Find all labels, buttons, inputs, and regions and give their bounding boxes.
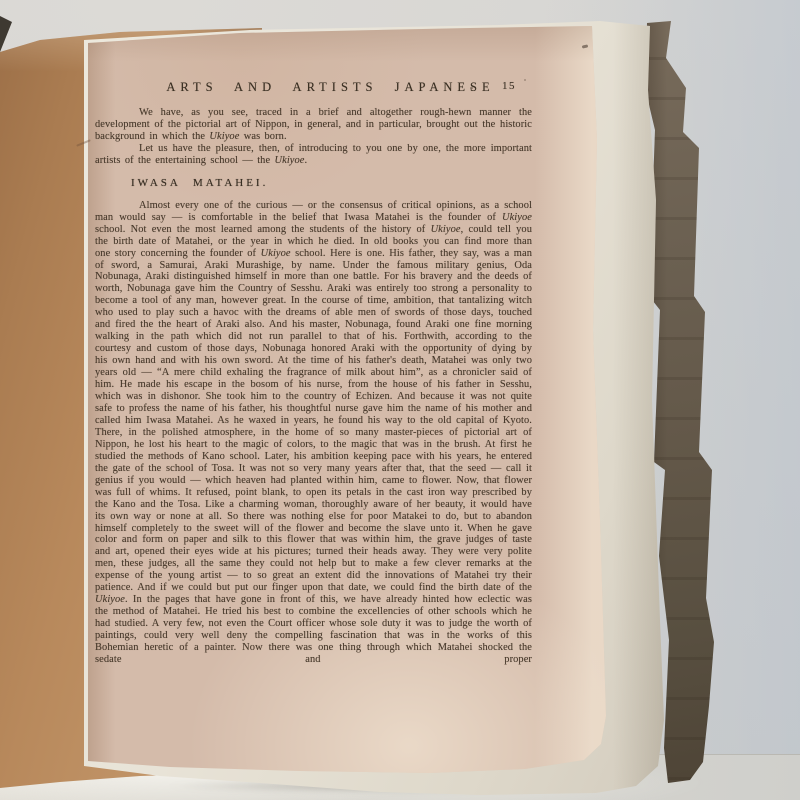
text-run: school. Not even the most learned among … — [95, 224, 431, 235]
paragraph: Almost every one of the curious — or the… — [95, 200, 532, 666]
text-run: Almost every one of the curious — or the… — [95, 200, 532, 223]
text-run: Let us have the pleasure, then, of intro… — [95, 143, 532, 166]
italic-term: Ukiyoe — [431, 224, 461, 235]
section-heading: IWASA MATAHEI. — [131, 177, 532, 189]
page-header-row: ARTS AND ARTISTS JAPANESE 15 — [95, 78, 532, 95]
text-run: was born. — [239, 131, 286, 142]
text-run: IWASA MATAHEI. — [131, 177, 268, 189]
text-run: . In the pages that have gone in front o… — [95, 594, 532, 665]
italic-term: Ukiyoe — [95, 594, 125, 605]
text-run: . — [305, 155, 308, 166]
italic-term: Ukiyoe — [209, 131, 239, 142]
italic-term: Ukiyoe — [502, 212, 532, 223]
page-number: 15 — [502, 80, 516, 92]
page-content: ARTS AND ARTISTS JAPANESE 15 We have, as… — [95, 78, 532, 666]
italic-term: Ukiyoe — [261, 248, 291, 259]
paragraph: We have, as you see, traced in a brief a… — [95, 107, 532, 143]
italic-term: Ukiyoe — [275, 155, 305, 166]
book-photo-scene: ARTS AND ARTISTS JAPANESE 15 We have, as… — [0, 0, 800, 800]
text-run: school. Here is one. His father, they sa… — [95, 248, 532, 594]
page-text: We have, as you see, traced in a brief a… — [95, 107, 532, 666]
spine-corner — [0, 14, 14, 54]
running-head: ARTS AND ARTISTS JAPANESE — [166, 80, 494, 95]
paragraph: Let us have the pleasure, then, of intro… — [95, 143, 532, 167]
text-run: We have, as you see, traced in a brief a… — [95, 107, 532, 142]
